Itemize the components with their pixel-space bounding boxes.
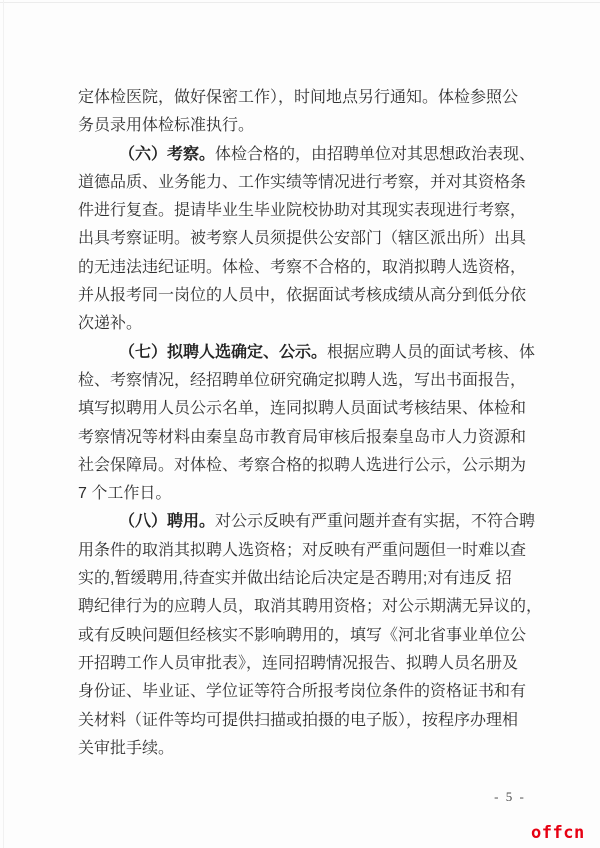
- paragraph-heading: （六）考察。: [119, 146, 215, 163]
- text-line: （八）聘用。对公示反映有严重问题并查有实据，不符合聘: [78, 508, 530, 536]
- paragraph-heading: （七）拟聘人选确定、公示。: [119, 344, 327, 361]
- paragraph-heading: （八）聘用。: [119, 513, 215, 530]
- text-line: 关审批手续。: [78, 735, 530, 763]
- text-line: （七）拟聘人选确定、公示。根据应聘人员的面试考核、体: [78, 339, 530, 367]
- text-line: 填写拟聘用人员公示名单，连同拟聘人员面试考核结果、体检和: [78, 395, 530, 423]
- text-line: 检、考察情况，经招聘单位研究确定拟聘人选，写出书面报告，: [78, 367, 530, 395]
- text-line: 或有反映问题但经核实不影响聘用的，填写《河北省事业单位公: [78, 622, 530, 650]
- text-line: 的无违法违纪证明。体检、考察不合格的，取消拟聘人选资格，: [78, 254, 530, 282]
- text-line: 道德品质、业务能力、工作实绩等情况进行考察，并对其资格条: [78, 169, 530, 197]
- text-line: 出具考察证明。被考察人员须提供公安部门（辖区派出所）出具: [78, 225, 530, 253]
- text-line: 定体检医院，做好保密工作），时间地点另行通知。体检参照公: [78, 84, 530, 112]
- text-line: 身份证、毕业证、学位证等符合所报考岗位条件的资格证书和有: [78, 678, 530, 706]
- text-line: 社会保障局。对体检、考察合格的拟聘人选进行公示，公示期为: [78, 452, 530, 480]
- text-line: 次递补。: [78, 310, 530, 338]
- text-line: 聘纪律行为的应聘人员，取消其聘用资格；对公示期满无异议的，: [78, 593, 530, 621]
- text-line: 实的,暂缓聘用,待查实并做出结论后决定是否聘用;对有违反 招: [78, 565, 530, 593]
- document-body: 定体检医院，做好保密工作），时间地点另行通知。体检参照公务员录用体检标准执行。（…: [78, 84, 530, 763]
- text-line: 关材料（证件等均可提供扫描或拍摄的电子版），按程序办理相: [78, 707, 530, 735]
- text-line: 7 个工作日。: [78, 480, 530, 508]
- text-line: 并从报考同一岗位的人员中，依据面试考核成绩从高分到低分依: [78, 282, 530, 310]
- text-line: 用条件的取消其拟聘人选资格；对反映有严重问题但一时难以查: [78, 537, 530, 565]
- page-number: - 5 -: [480, 789, 540, 805]
- offcn-logo: offcn: [531, 823, 585, 843]
- text-line: 件进行复查。提请毕业生毕业院校协助对其现实表现进行考察，: [78, 197, 530, 225]
- scan-artifact-top-edge: [0, 2, 600, 3]
- scan-artifact-left-edge: [3, 0, 4, 848]
- text-line: 务员录用体检标准执行。: [78, 112, 530, 140]
- text-line: （六）考察。体检合格的，由招聘单位对其思想政治表现、: [78, 141, 530, 169]
- text-line: 考察情况等材料由秦皇岛市教育局审核后报秦皇岛市人力资源和: [78, 424, 530, 452]
- text-line: 开招聘工作人员审批表》，连同招聘情况报告、拟聘人员名册及: [78, 650, 530, 678]
